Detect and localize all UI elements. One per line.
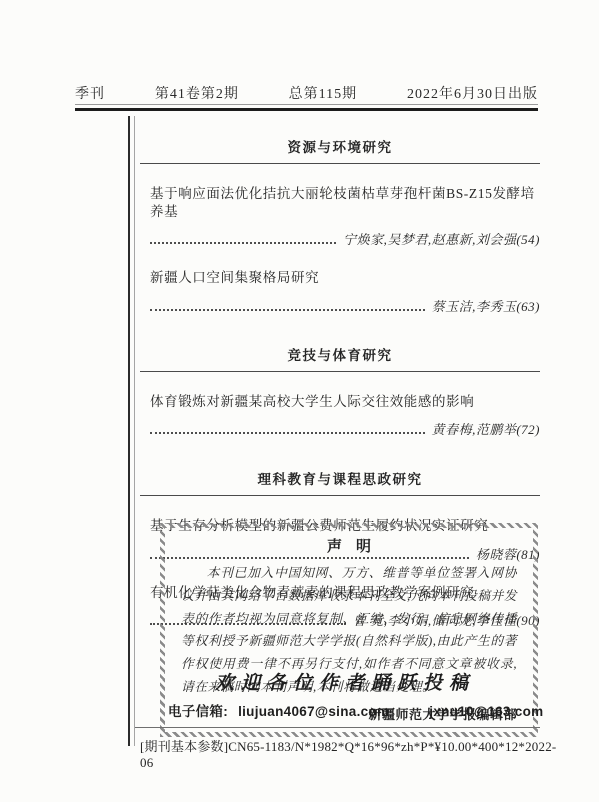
email-address-2: jxnu10@163.com bbox=[429, 704, 543, 719]
section-heading: 竞技与体育研究 bbox=[140, 315, 540, 372]
article-title: 基于响应面法优化拮抗大丽轮枝菌枯草芽孢杆菌BS-Z15发酵培养基 bbox=[150, 185, 540, 220]
welcome-submissions-text: 欢迎各位作者踊跃投稿 bbox=[150, 668, 540, 695]
statement-title: 声明 bbox=[181, 535, 517, 556]
toc-entry: 新疆人口空间集聚格局研究 蔡玉洁,李秀玉(63) bbox=[150, 269, 540, 315]
article-authors: 宁焕家,吴梦君,赵惠新,刘会强 bbox=[343, 229, 516, 248]
article-page-number: (54) bbox=[516, 232, 540, 248]
publish-date: 2022年6月30日出版 bbox=[407, 83, 538, 103]
toc-entry: 体育锻炼对新疆某高校大学生人际交往效能感的影响 黄春梅,范鹏举(72) bbox=[150, 393, 540, 439]
section-heading: 资源与环境研究 bbox=[140, 110, 540, 164]
leader-row: 蔡玉洁,李秀玉(63) bbox=[150, 296, 540, 315]
section-heading: 理科教育与课程思政研究 bbox=[140, 438, 540, 496]
journal-contents-page: 季刊 第41卷第2期 总第115期 2022年6月30日出版 资源与环境研究 基… bbox=[0, 0, 599, 802]
dot-leader bbox=[150, 432, 425, 434]
email-row: 电子信箱: liujuan4067@sina.comjxnu10@163.com bbox=[168, 700, 543, 720]
article-page-number: (63) bbox=[516, 299, 540, 315]
email-label: 电子信箱: bbox=[168, 704, 228, 719]
toc-entry: 基于响应面法优化拮抗大丽轮枝菌枯草芽孢杆菌BS-Z15发酵培养基 宁焕家,吴梦君… bbox=[150, 185, 540, 248]
dot-leader bbox=[150, 242, 336, 244]
article-page-number: (72) bbox=[516, 422, 540, 438]
publication-frequency: 季刊 bbox=[75, 83, 105, 103]
article-authors: 蔡玉洁,李秀玉 bbox=[432, 296, 517, 315]
leader-row: 黄春梅,范鹏举(72) bbox=[150, 419, 540, 438]
leader-row: 宁焕家,吴梦君,赵惠新,刘会强(54) bbox=[150, 229, 540, 248]
left-vertical-rule bbox=[128, 116, 135, 746]
total-issue: 总第115期 bbox=[289, 83, 357, 103]
dot-leader bbox=[150, 309, 425, 311]
article-authors: 黄春梅,范鹏举 bbox=[432, 419, 517, 438]
article-title: 体育锻炼对新疆某高校大学生人际交往效能感的影响 bbox=[150, 393, 540, 411]
footer-rule bbox=[135, 727, 540, 728]
journal-basic-parameters: [期刊基本参数]CN65-1183/N*1982*Q*16*96*zh*P*¥1… bbox=[140, 736, 560, 771]
volume-issue: 第41卷第2期 bbox=[155, 83, 239, 103]
email-address-1: liujuan4067@sina.com bbox=[238, 704, 389, 719]
article-title: 新疆人口空间集聚格局研究 bbox=[150, 269, 540, 287]
masthead: 季刊 第41卷第2期 总第115期 2022年6月30日出版 bbox=[75, 83, 538, 103]
